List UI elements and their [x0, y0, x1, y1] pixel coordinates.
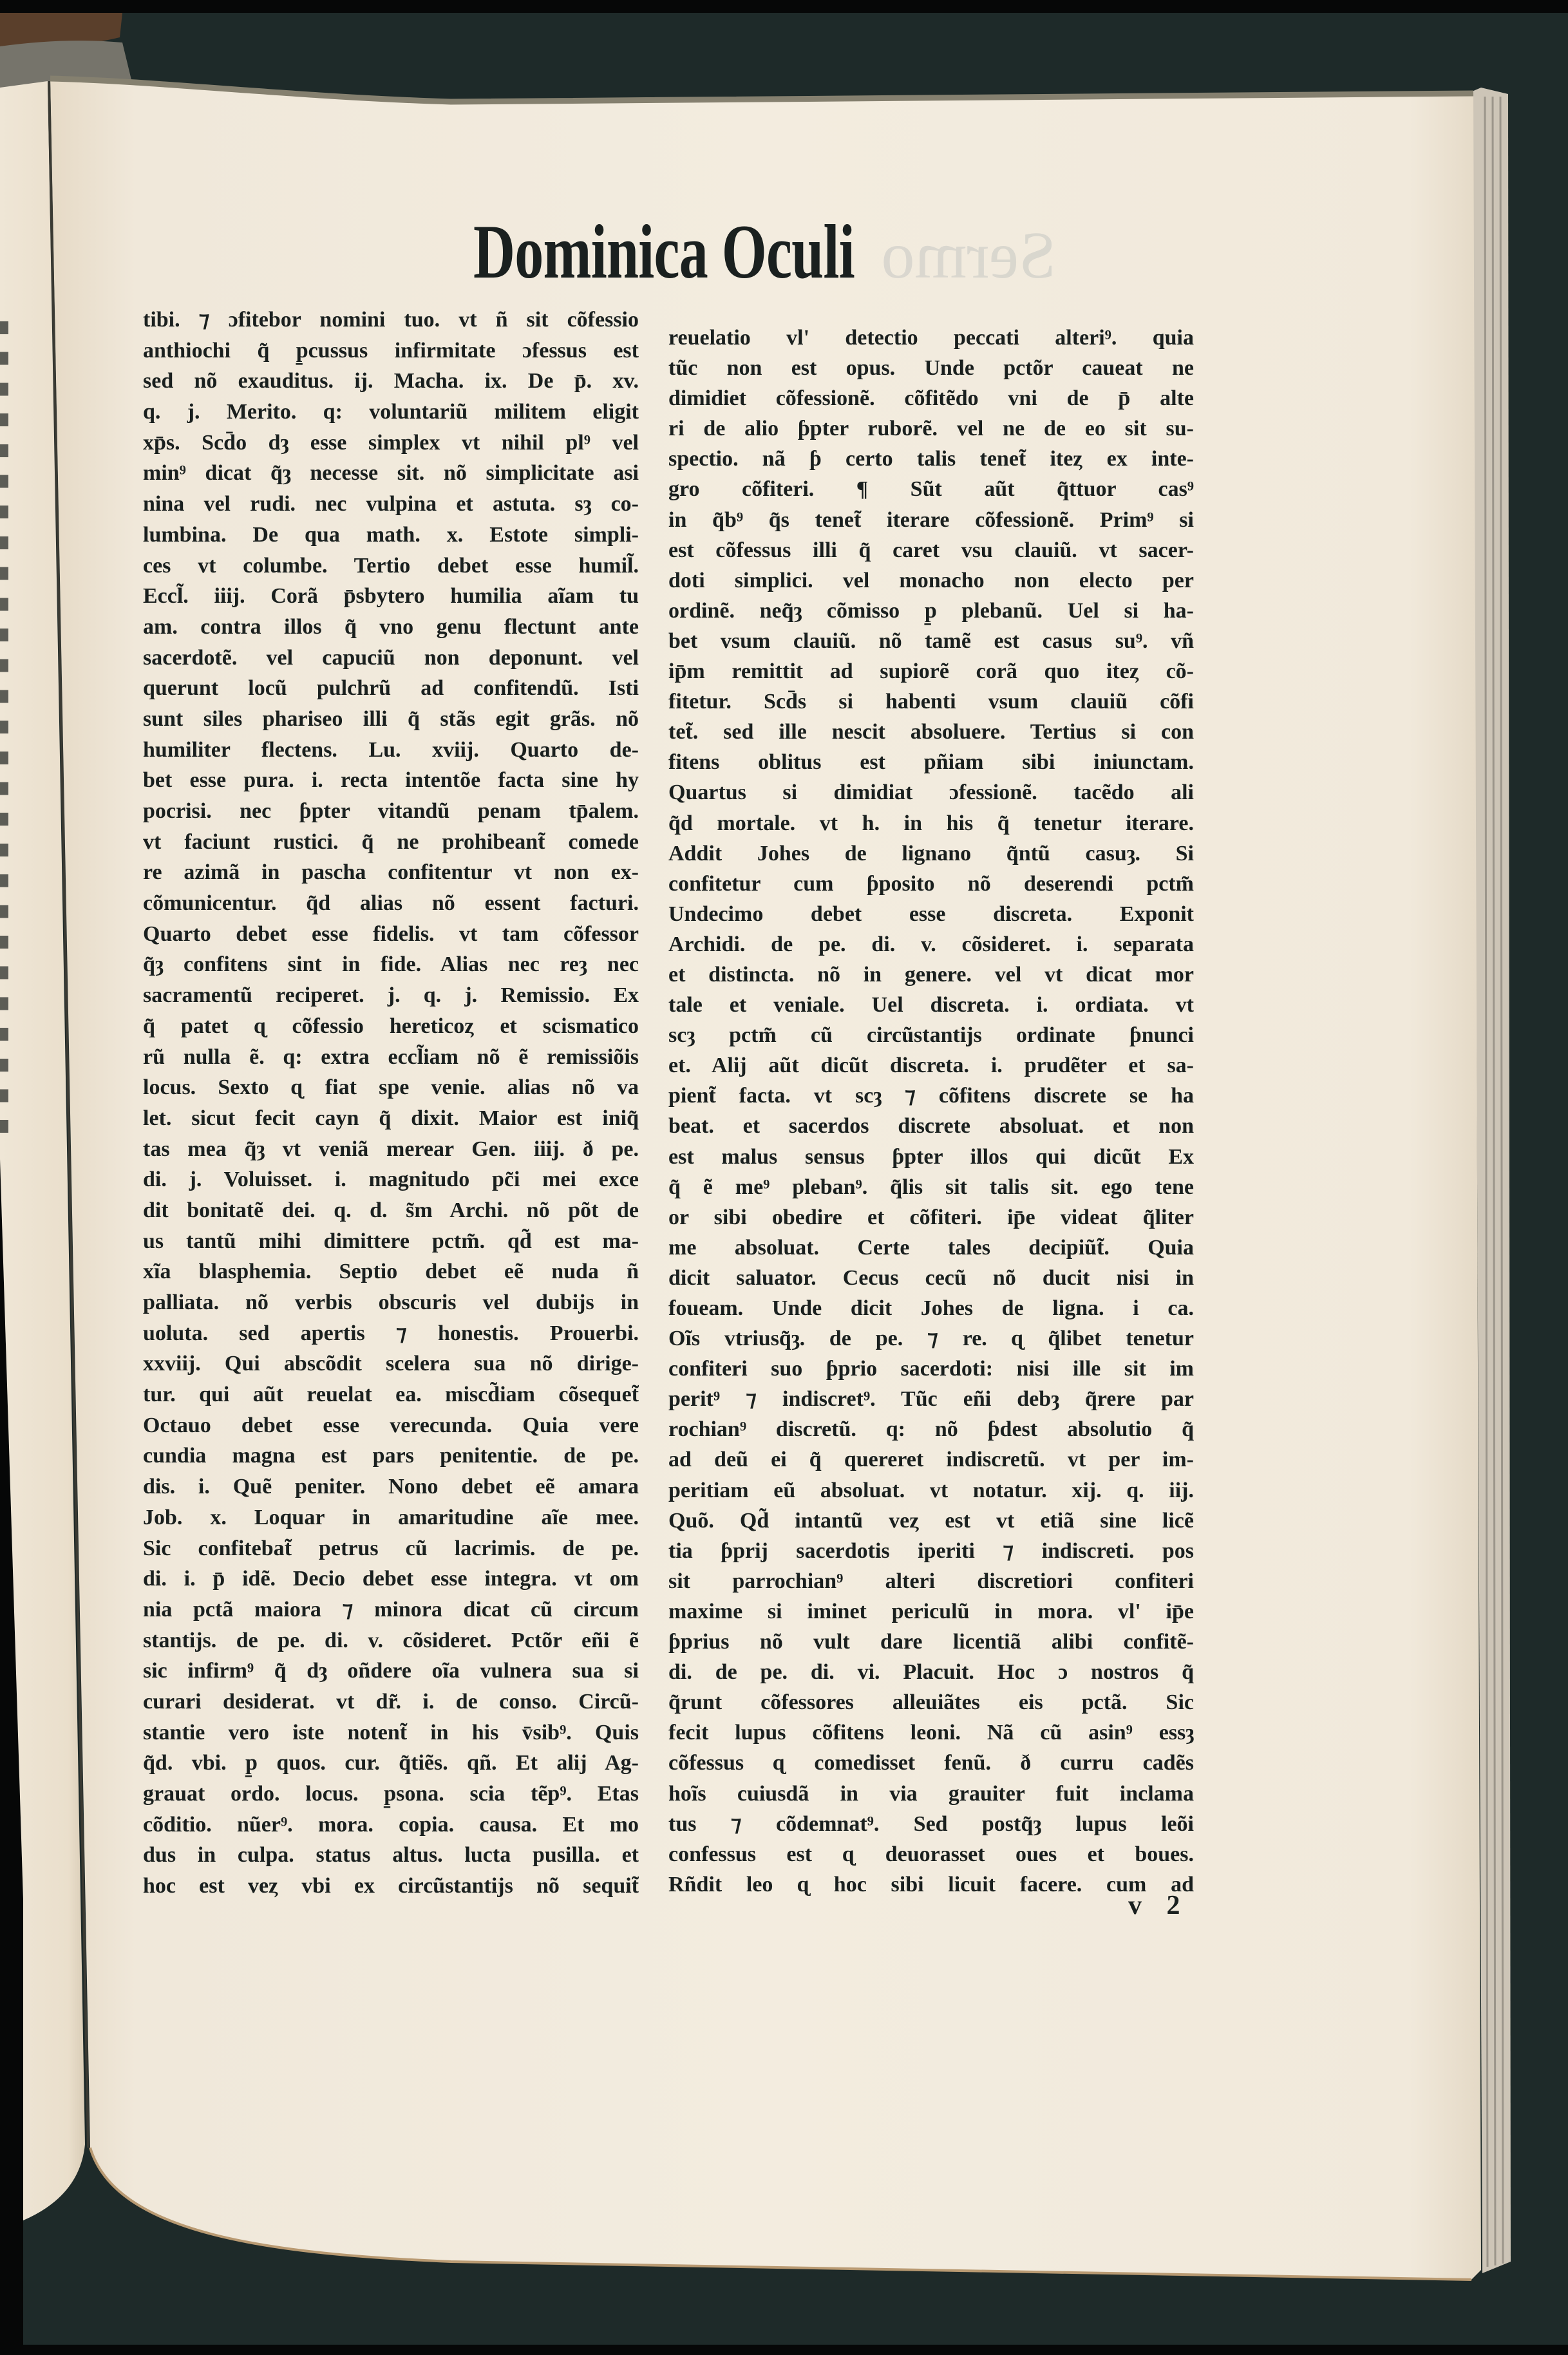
right-text-column: reuelatio vl' detectio peccati alteri⁹. … — [668, 323, 1194, 1900]
text-line: confessus est ɋ deuorasset oues et boues… — [668, 1839, 1194, 1869]
text-line: xxviij. Qui abscõdit scelera sua nõ diri… — [143, 1348, 639, 1379]
text-line: tas mea q̃ȝ vt veniã merear Gen. iiij. ð… — [143, 1134, 639, 1165]
text-line: Addit Johes de lignano q̃ntũ casuȝ. Si — [668, 838, 1194, 869]
text-line: bet vsum clauiũ. nõ tamẽ est casus su⁹. … — [668, 626, 1194, 656]
text-line: rũ nulla ẽ. q: extra eccl̃iam nõ ẽ remis… — [143, 1042, 639, 1073]
text-line: et. Alij aũt dicũt discreta. i. prudẽter… — [668, 1050, 1194, 1081]
text-line: stantie vero iste notent̃ in his v̄sib⁹.… — [143, 1717, 639, 1748]
signature-mark: v 2 — [1128, 1890, 1189, 1921]
text-line: querunt locũ pulchrũ ad confitendũ. Isti — [143, 673, 639, 704]
text-line: ad deũ ei q̃ quereret indiscretũ. vt per… — [668, 1444, 1194, 1475]
text-line: dit bonitatẽ dei. q. d. s̃m Archi. nõ põ… — [143, 1195, 639, 1226]
text-line: tale et veniale. Uel discreta. i. ordiat… — [668, 990, 1194, 1020]
text-line: grauat ordo. locus. p̱sona. scia tẽp⁹. E… — [143, 1779, 639, 1810]
text-line: q. j. Merito. q: voluntariũ militem elig… — [143, 397, 639, 428]
text-line: dus in culpa. status altus. lucta pusill… — [143, 1840, 639, 1871]
text-line: q̃ ẽ me⁹ pleban⁹. q̃lis sit talis sit. e… — [668, 1172, 1194, 1202]
text-line: dicit saluator. Cecus cecũ nõ ducit nisi… — [668, 1263, 1194, 1293]
text-line: gro cõfiteri. ¶ Sũt aũt q̃ttuor cas⁹ — [668, 474, 1194, 504]
text-line: dimidiet cõfessionẽ. cõfitẽdo vni de p̄ … — [668, 383, 1194, 413]
text-line: us tantũ mihi dimittere pctm̃. qd̃ est m… — [143, 1226, 639, 1257]
text-line: ip̄m remittit ad supiorẽ corã quo iteȥ c… — [668, 656, 1194, 686]
text-line: et distincta. nõ in genere. vel vt dicat… — [668, 960, 1194, 990]
text-line: di. i. p̄ idẽ. Decio debet esse integra.… — [143, 1564, 639, 1594]
text-line: let. sicut fecit cayn q̃ dixit. Maior es… — [143, 1103, 639, 1134]
text-line: q̃d mortale. vt h. in his q̃ tenetur ite… — [668, 808, 1194, 838]
text-line: sacramentũ reciperet. j. q. j. Remissio.… — [143, 980, 639, 1011]
text-line: maxime si iminet periculũ in mora. vl' i… — [668, 1596, 1194, 1627]
text-line: humiliter flectens. Lu. xviij. Quarto de… — [143, 735, 639, 766]
scan-border-top — [0, 0, 1568, 13]
text-line: sed nõ exauditus. ij. Macha. ix. De p̄. … — [143, 366, 639, 397]
text-line: sic infirm⁹ q̃ dȝ oñdere oĩa vulnera sua… — [143, 1656, 639, 1687]
left-text-column: tibi. ⁊ ɔfitebor nomini tuo. vt ñ sit cõ… — [143, 305, 639, 1902]
text-line: tia ƥprij sacerdotis iperiti ⁊ indiscret… — [668, 1536, 1194, 1566]
text-line: sit parrochian⁹ alteri discretiori confi… — [668, 1566, 1194, 1596]
text-line: tet̃. sed ille nescit absoluere. Tertius… — [668, 717, 1194, 747]
text-line: nina vel rudi. nec vulpina et astuta. sȝ… — [143, 489, 639, 520]
text-line: Quõ. Qd̃ intantũ veȥ est vt etiã sine li… — [668, 1506, 1194, 1536]
text-line: ces vt columbe. Tertio debet esse humil̃… — [143, 551, 639, 582]
text-line: cundia magna est pars penitentie. de pe. — [143, 1441, 639, 1471]
text-line: ƥprius nõ vult dare licentiã alibi confi… — [668, 1627, 1194, 1657]
text-line: q̃ patet ɋ cõfessio hereticoȥ et scismat… — [143, 1011, 639, 1042]
text-line: doti simplici. vel monacho non electo pe… — [668, 565, 1194, 596]
text-line: q̃d. vbi. p̱ quos. cur. q̃tiẽs. qñ. Et a… — [143, 1748, 639, 1779]
text-line: est malus sensus ƥpter illos qui dicũt E… — [668, 1142, 1194, 1172]
text-line: bet esse pura. i. recta intentõe facta s… — [143, 765, 639, 796]
text-line: Octauo debet esse verecunda. Quia vere — [143, 1410, 639, 1441]
previous-page-text-edges — [0, 313, 8, 1150]
text-line: curari desiderat. vt dr̃. i. de conso. C… — [143, 1687, 639, 1717]
text-line: palliata. nõ verbis obscuris vel dubijs … — [143, 1287, 639, 1318]
text-line: cõmunicentur. q̃d alias nõ essent factur… — [143, 888, 639, 919]
text-line: rochian⁹ discretũ. q: nõ ƥdest absolutio… — [668, 1414, 1194, 1444]
text-line: hoĩs cuiusdã in via grauiter fuit inclam… — [668, 1779, 1194, 1809]
text-line: anthiochi q̃ p̱cussus infirmitate ɔfessu… — [143, 336, 639, 366]
text-line: tũc non est opus. Unde pctõr caueat ne — [668, 353, 1194, 383]
text-line: fitetur. Scd̄s si habenti vsum clauiũ cõ… — [668, 686, 1194, 717]
text-line: re azimã in pascha confitentur vt non ex… — [143, 857, 639, 888]
text-line: pocrisi. nec ƥpter vitandũ penam tp̄alem… — [143, 796, 639, 827]
text-line: tur. qui aũt reuelat ea. miscd̃iam cõseq… — [143, 1379, 639, 1410]
show-through-heading: Sermo — [863, 222, 1056, 289]
text-line: sunt siles phariseo illi q̃ stãs egit gr… — [143, 704, 639, 735]
text-line: tibi. ⁊ ɔfitebor nomini tuo. vt ñ sit cõ… — [143, 305, 639, 336]
text-line: Rñdit leo ɋ hoc sibi licuit facere. cum … — [668, 1869, 1194, 1900]
text-line: cõditio. nũer⁹. mora. copia. causa. Et m… — [143, 1810, 639, 1840]
text-line: min⁹ dicat q̃ȝ necesse sit. nõ simplicit… — [143, 458, 639, 489]
text-line: foueam. Unde dicit Johes de ligna. i ca. — [668, 1293, 1194, 1323]
text-line: scȝ pctm̃ cũ circũstantijs ordinate ƥnun… — [668, 1020, 1194, 1050]
text-line: q̃ȝ confitens sint in fide. Alias nec re… — [143, 949, 639, 980]
text-line: reuelatio vl' detectio peccati alteri⁹. … — [668, 323, 1194, 353]
text-line: ri de alio ƥpter ruborẽ. vel ne de eo si… — [668, 413, 1194, 444]
text-line: Undecimo debet esse discreta. Exponit — [668, 899, 1194, 929]
text-line: nia pctã maiora ⁊ minora dicat cũ circum — [143, 1594, 639, 1625]
text-line: pient̃ facta. vt scȝ ⁊ cõfitens discrete… — [668, 1081, 1194, 1111]
text-line: q̃runt cõfessores alleuiãtes eis pctã. S… — [668, 1687, 1194, 1717]
text-line: peritiam eũ absoluat. vt notatur. xij. q… — [668, 1475, 1194, 1506]
text-line: ordinẽ. neq̃ȝ cõmisso p̱ plebanũ. Uel si… — [668, 596, 1194, 626]
text-line: cõfessus ɋ comedisset fenũ. ð curru cadẽ… — [668, 1748, 1194, 1778]
text-line: dis. i. Quẽ peniter. Nono debet eẽ amara — [143, 1471, 639, 1502]
text-line: fitens oblitus est pñiam sibi iniunctam. — [668, 747, 1194, 777]
text-line: vt faciunt rustici. q̃ ne prohibeant̃ co… — [143, 827, 639, 858]
text-line: confiteri suo ƥprio sacerdoti: nisi ille… — [668, 1354, 1194, 1384]
text-line: in q̃b⁹ q̃s tenet̃ iterare cõfessionẽ. P… — [668, 505, 1194, 535]
text-line: Sic confitebat̃ petrus cũ lacrimis. de p… — [143, 1533, 639, 1564]
text-line: xp̄s. Scd̄o dȝ esse simplex vt nihil pl⁹… — [143, 428, 639, 459]
text-line: hoc est veȥ vbi ex circũstantijs nõ sequ… — [143, 1871, 639, 1902]
running-title: Dominica Oculi — [471, 213, 857, 290]
scan-border-bottom — [0, 2345, 1568, 2355]
text-line: tus ⁊ cõdemnat⁹. Sed postq̃ȝ lupus leõi — [668, 1809, 1194, 1839]
text-line: stantijs. de pe. di. v. cõsideret. Pctõr… — [143, 1625, 639, 1656]
text-line: sacerdotẽ. vel capuciũ non deponunt. vel — [143, 643, 639, 674]
text-line: uoluta. sed apertis ⁊ honestis. Prouerbi… — [143, 1318, 639, 1349]
text-line: Quarto debet esse fidelis. vt tam cõfess… — [143, 919, 639, 950]
text-line: di. j. Voluisset. i. magnitudo pc̃i mei … — [143, 1164, 639, 1195]
text-line: di. de pe. di. vi. Placuit. Hoc ɔ nostro… — [668, 1657, 1194, 1687]
text-line: xĩa blasphemia. Septio debet eẽ nuda ñ — [143, 1256, 639, 1287]
text-line: est cõfessus illi q̃ caret vsu clauiũ. v… — [668, 535, 1194, 565]
text-line: beat. et sacerdos discrete absoluat. et … — [668, 1111, 1194, 1141]
text-line: am. contra illos q̃ vno genu flectunt an… — [143, 612, 639, 643]
text-line: Oĩs vtriusq̃ȝ. de pe. ⁊ re. ɋ q̃libet te… — [668, 1323, 1194, 1354]
text-line: or sibi obedire et cõfiteri. ip̄e videat… — [668, 1202, 1194, 1233]
text-line: locus. Sexto ɋ fiat spe venie. alias nõ … — [143, 1072, 639, 1103]
text-line: me absoluat. Certe tales decipiũt̃. Quia — [668, 1233, 1194, 1263]
text-line: Eccl̃. iiij. Corã p̄sbytero humilia aĩam… — [143, 581, 639, 612]
text-line: perit⁹ ⁊ indiscret⁹. Tũc eñi debȝ q̃rere… — [668, 1384, 1194, 1414]
text-line: spectio. nã ƥ certo talis tenet̃ iteȥ ex… — [668, 444, 1194, 474]
text-line: lumbina. De qua math. x. Estote simpli- — [143, 520, 639, 551]
text-line: Job. x. Loquar in amaritudine aĩe mee. — [143, 1502, 639, 1533]
text-line: Archidi. de pe. di. v. cõsideret. i. sep… — [668, 929, 1194, 960]
text-line: confitetur cum ƥposito nõ deserendi pctm… — [668, 869, 1194, 899]
text-line: fecit lupus cõfitens leoni. Nã cũ asin⁹ … — [668, 1717, 1194, 1748]
text-line: Quartus si dimidiat ɔfessionẽ. tacẽdo al… — [668, 777, 1194, 808]
